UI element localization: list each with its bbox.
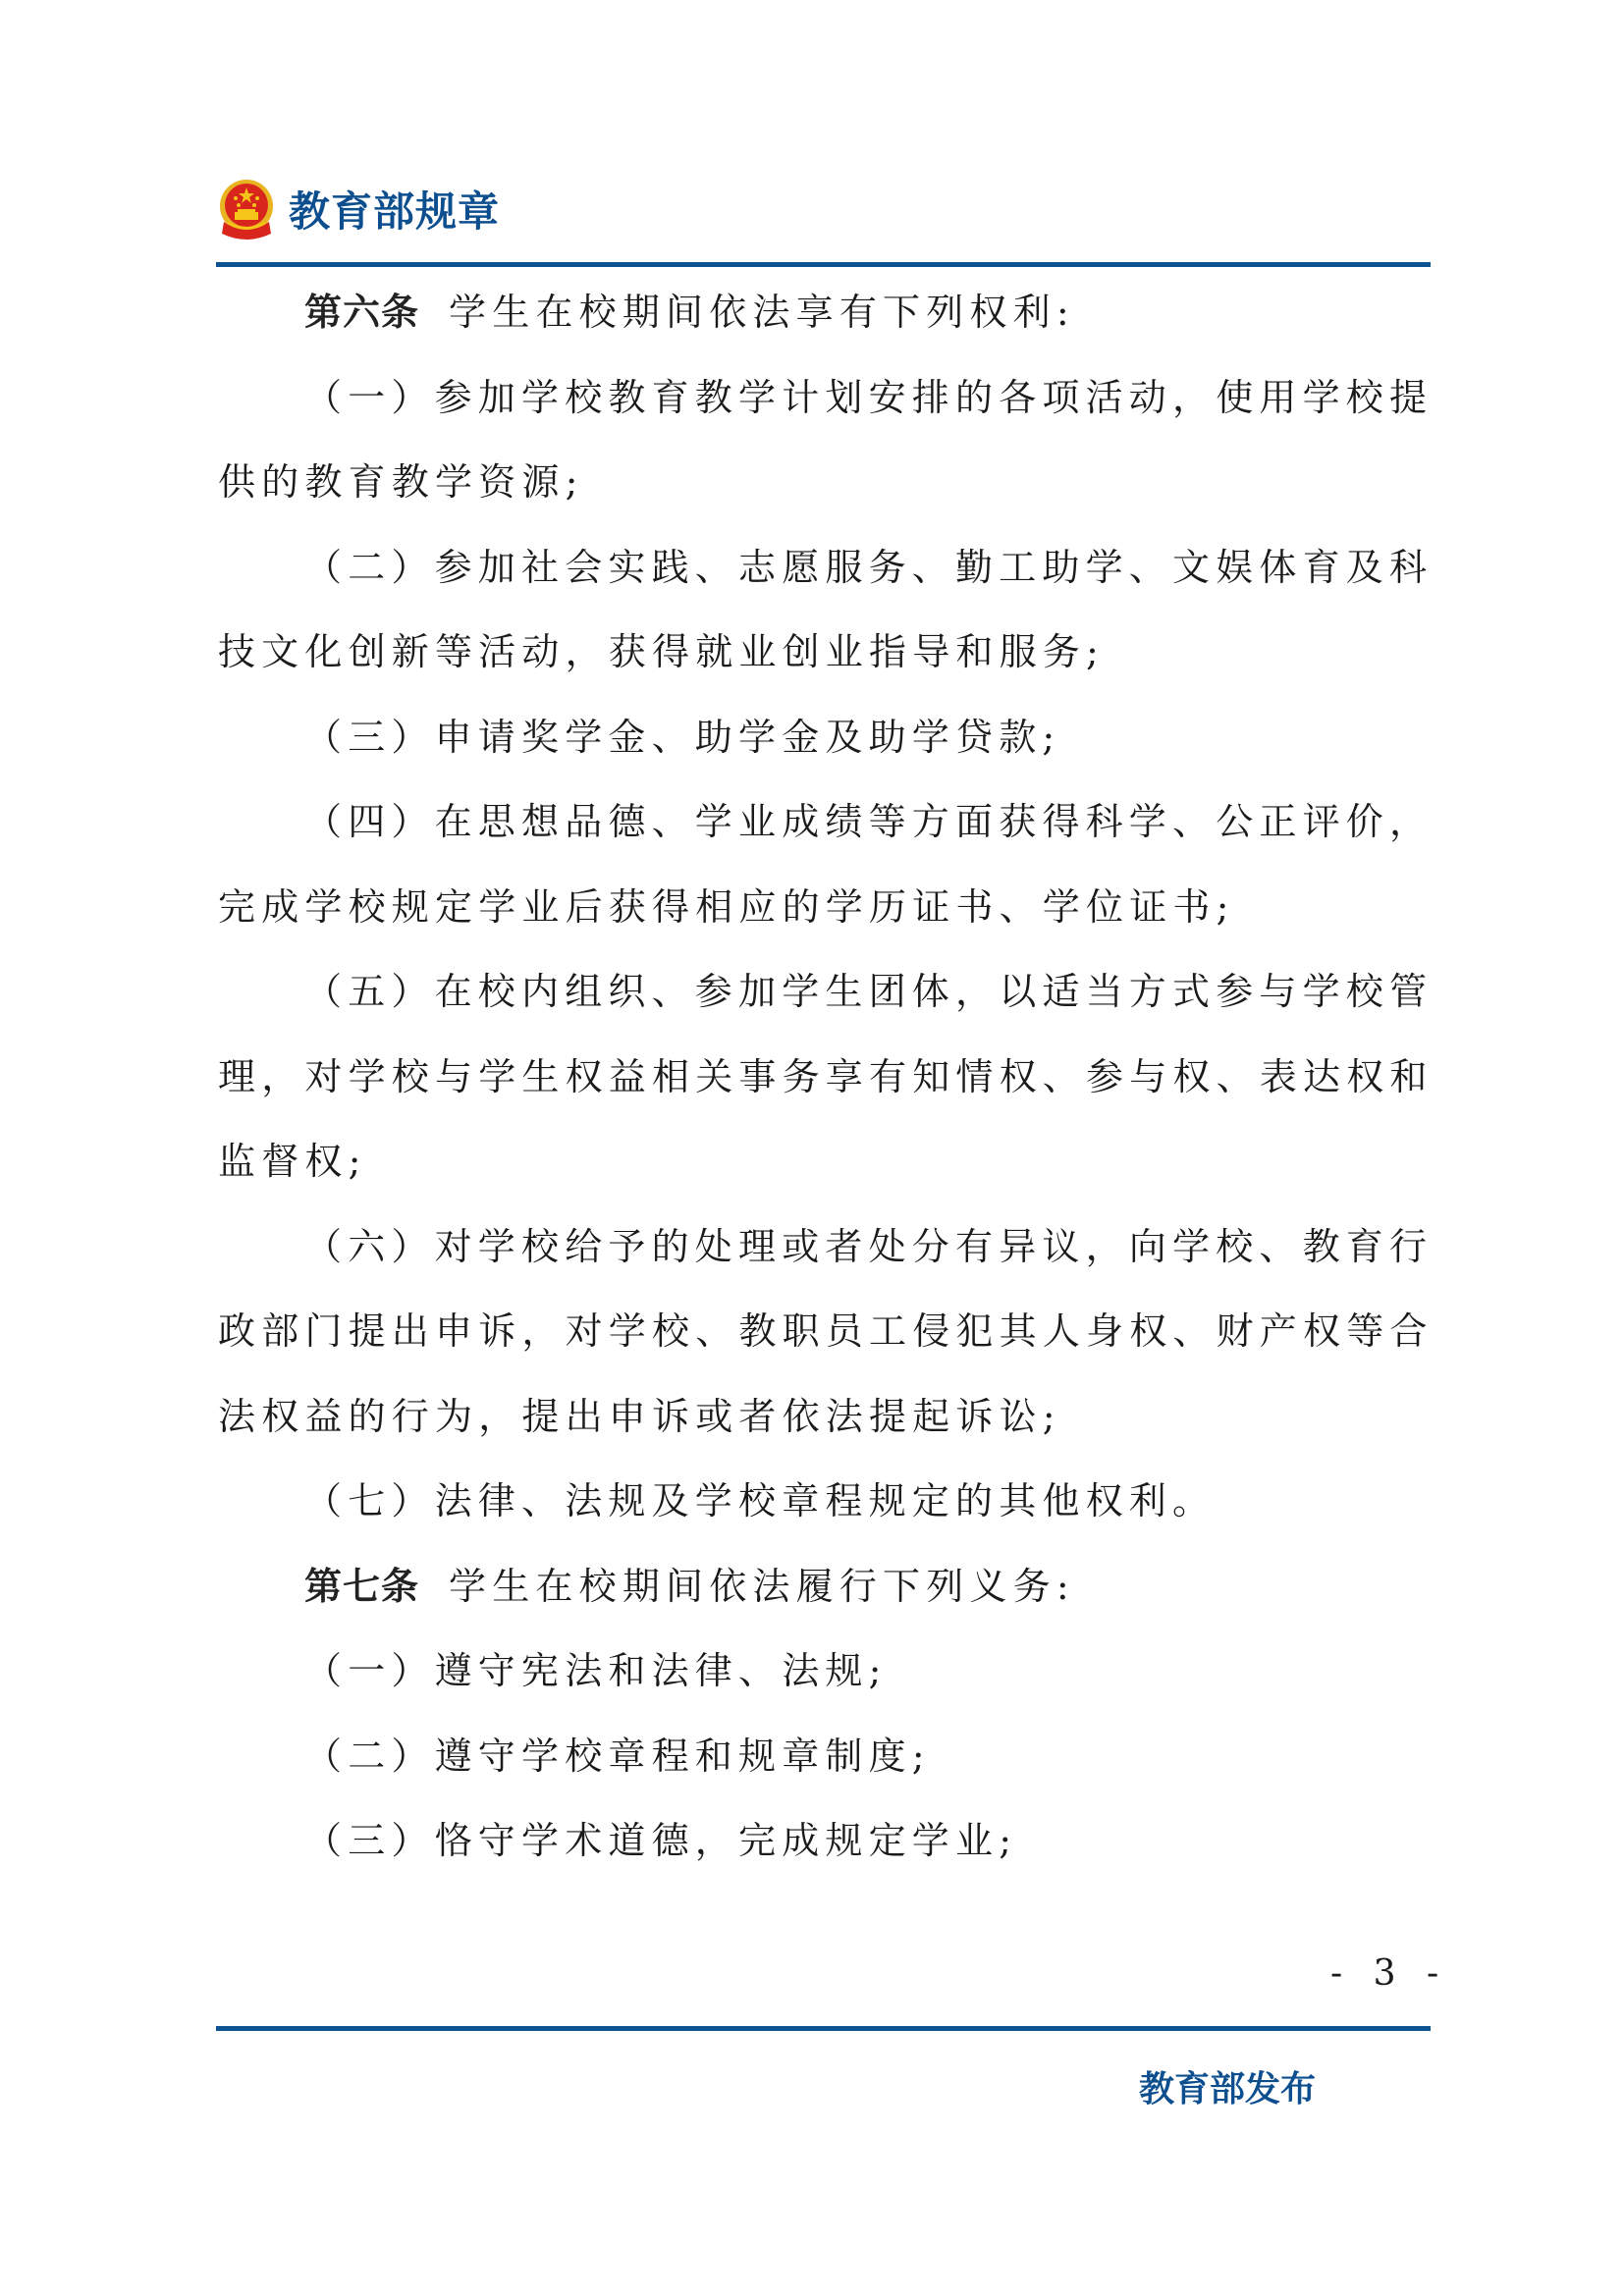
list-item: （七）法律、法规及学校章程规定的其他权利。 <box>218 1471 1432 1557</box>
line-text: 完成学校规定学业后获得相应的学历证书、学位证书; <box>218 885 1235 929</box>
list-item-continuation: 政部门提出申诉，对学校、教职员工侵犯其人身权、财产权等合 <box>218 1302 1432 1387</box>
list-item: （三）恪守学术道德，完成规定学业; <box>218 1811 1432 1896</box>
article-heading: 第六条学生在校期间依法享有下列权利: <box>218 283 1432 368</box>
list-item: （四）在思想品德、学业成绩等方面获得科学、公正评价， <box>218 792 1432 878</box>
list-item: （五）在校内组织、参加学生团体，以适当方式参与学校管 <box>218 962 1432 1047</box>
line-text: （二）遵守学校章程和规章制度; <box>304 1735 931 1778</box>
footer-divider <box>216 2026 1431 2031</box>
page-header: 教育部规章 <box>218 175 500 243</box>
list-item: （二）参加社会实践、志愿服务、勤工助学、文娱体育及科 <box>218 538 1432 623</box>
line-text: （一）参加学校教育教学计划安排的各项活动，使用学校提 <box>304 376 1433 419</box>
line-text: 学生在校期间依法享有下列权利: <box>449 291 1075 334</box>
list-item-continuation: 法权益的行为，提出申诉或者依法提起诉讼; <box>218 1387 1432 1472</box>
line-text: 供的教育教学资源; <box>218 460 584 504</box>
line-text: （一）遵守宪法和法律、法规; <box>304 1649 888 1692</box>
article-number: 第七条 <box>304 1565 419 1608</box>
line-text: （七）法律、法规及学校章程规定的其他权利。 <box>304 1479 1216 1522</box>
footer-publisher: 教育部发布 <box>1139 2061 1316 2111</box>
line-text: （三）申请奖学金、助学金及助学贷款; <box>304 716 1060 759</box>
list-item: （二）遵守学校章程和规章制度; <box>218 1727 1432 1812</box>
list-item: （三）申请奖学金、助学金及助学贷款; <box>218 708 1432 793</box>
header-title: 教育部规章 <box>289 180 500 239</box>
list-item-continuation: 理，对学校与学生权益相关事务享有知情权、参与权、表达权和 <box>218 1047 1432 1133</box>
line-text: （四）在思想品德、学业成绩等方面获得科学、公正评价， <box>304 800 1433 843</box>
line-text: （六）对学校给予的处理或者处分有异议，向学校、教育行 <box>304 1225 1433 1268</box>
page-number: - 3 - <box>1330 1953 1448 1994</box>
list-item-continuation: 监督权; <box>218 1132 1432 1217</box>
list-item-continuation: 技文化创新等活动，获得就业创业指导和服务; <box>218 622 1432 708</box>
list-item: （一）参加学校教育教学计划安排的各项活动，使用学校提 <box>218 368 1432 454</box>
line-text: 政部门提出申诉，对学校、教职员工侵犯其人身权、财产权等合 <box>218 1309 1434 1353</box>
line-text: （五）在校内组织、参加学生团体，以适当方式参与学校管 <box>304 970 1433 1013</box>
article-number: 第六条 <box>304 291 419 334</box>
list-item-continuation: 完成学校规定学业后获得相应的学历证书、学位证书; <box>218 878 1432 963</box>
line-text: 监督权; <box>218 1140 367 1183</box>
article-heading: 第七条学生在校期间依法履行下列义务: <box>218 1557 1432 1642</box>
list-item-continuation: 供的教育教学资源; <box>218 453 1432 538</box>
line-text: 理，对学校与学生权益相关事务享有知情权、参与权、表达权和 <box>218 1055 1434 1098</box>
line-text: 法权益的行为，提出申诉或者依法提起诉讼; <box>218 1395 1061 1438</box>
document-body: 第六条学生在校期间依法享有下列权利:（一）参加学校教育教学计划安排的各项活动，使… <box>218 283 1432 1896</box>
line-text: （二）参加社会实践、志愿服务、勤工助学、文娱体育及科 <box>304 546 1433 589</box>
line-text: 技文化创新等活动，获得就业创业指导和服务; <box>218 630 1105 673</box>
list-item: （六）对学校给予的处理或者处分有异议，向学校、教育行 <box>218 1217 1432 1303</box>
list-item: （一）遵守宪法和法律、法规; <box>218 1641 1432 1727</box>
line-text: （三）恪守学术道德，完成规定学业; <box>304 1819 1017 1862</box>
national-emblem-icon <box>218 177 275 241</box>
line-text: 学生在校期间依法履行下列义务: <box>449 1565 1075 1608</box>
header-divider <box>216 262 1431 267</box>
